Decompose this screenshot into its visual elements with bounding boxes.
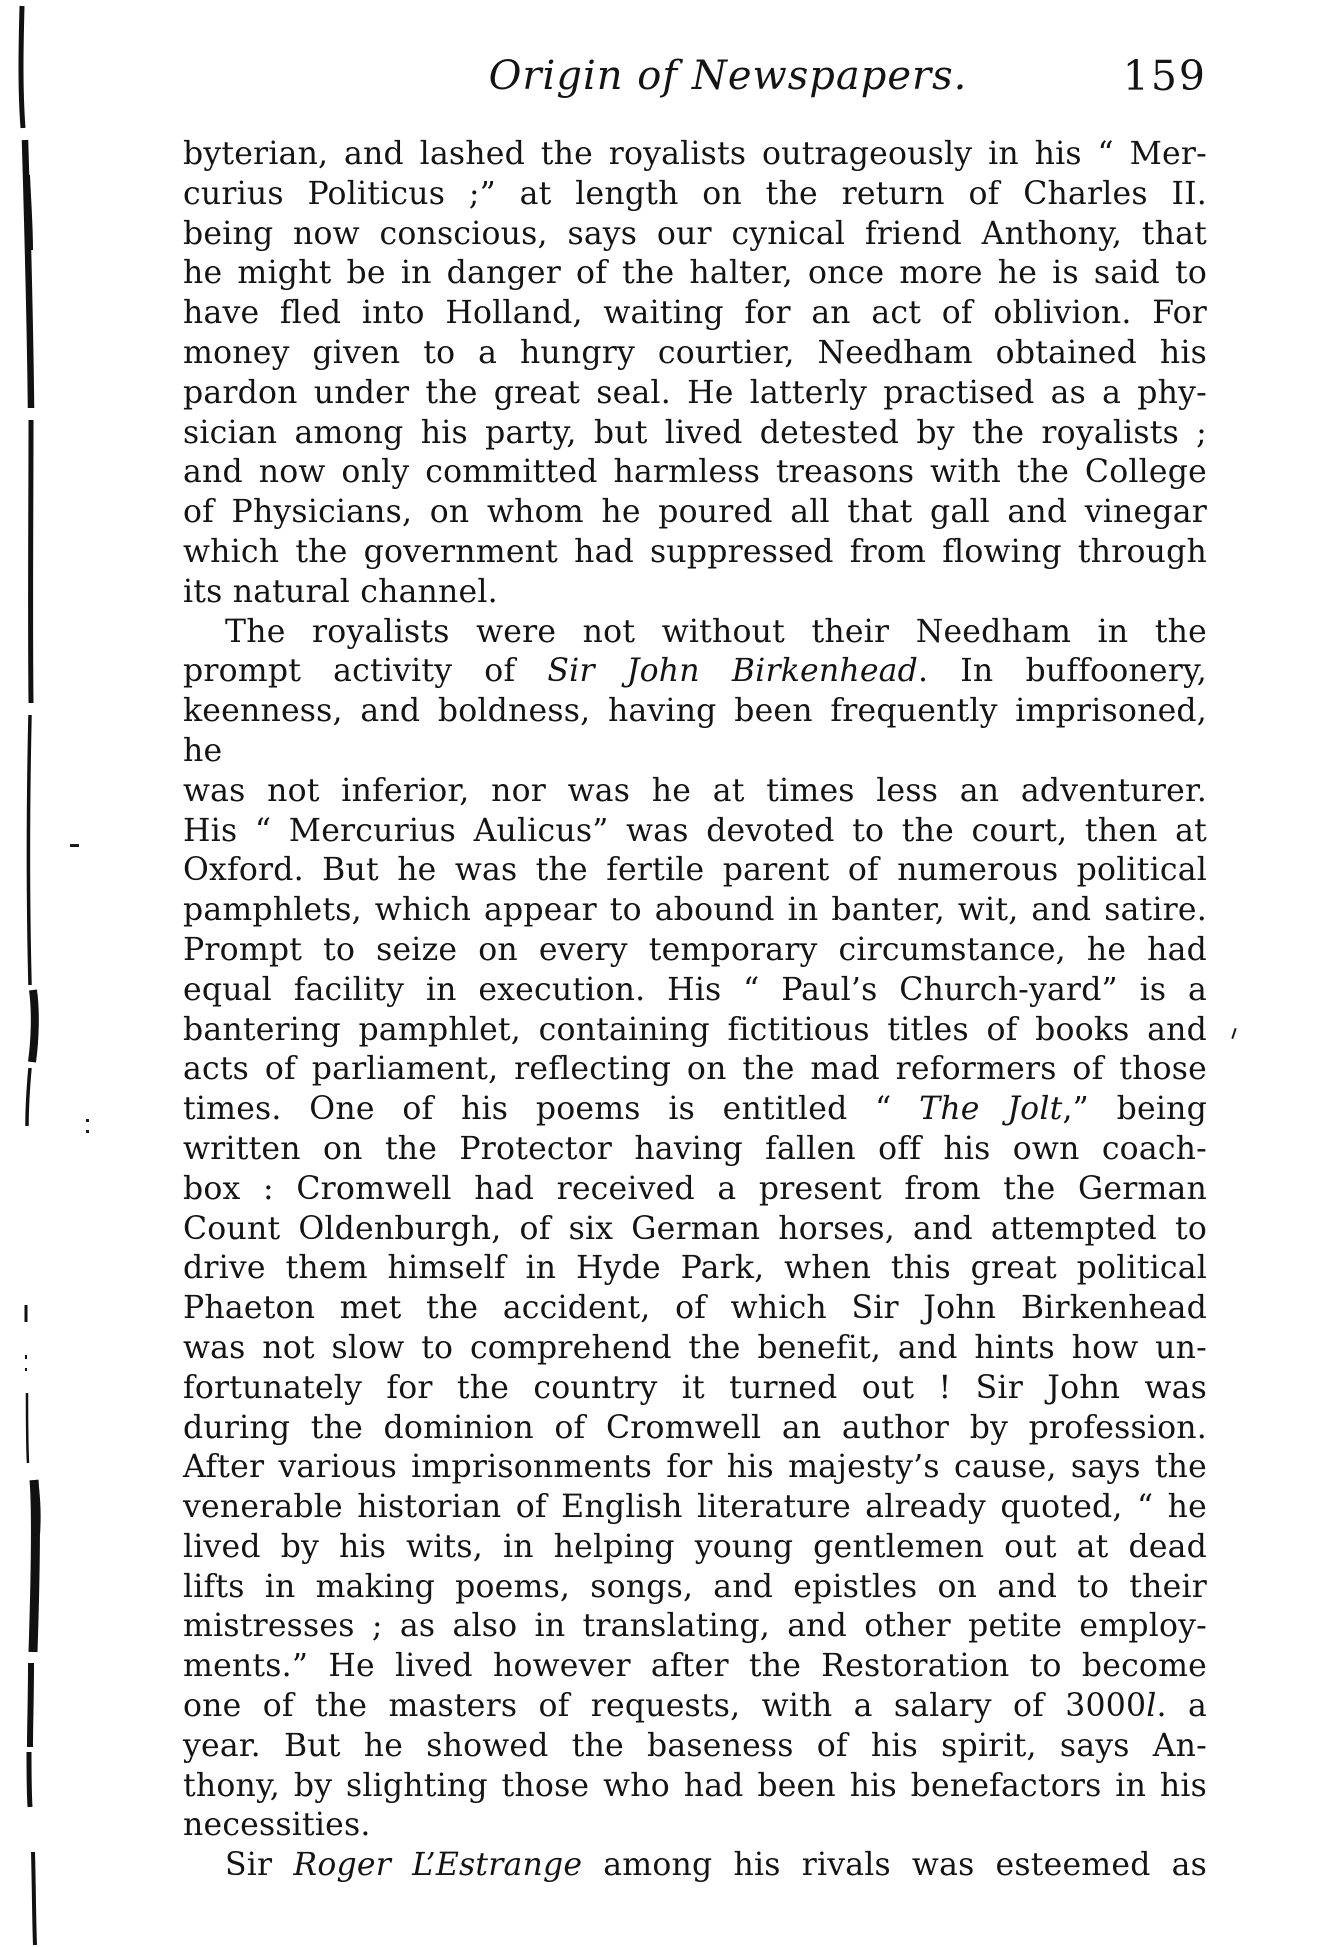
- text-segment: of Physicians, on whom he poured all tha…: [183, 494, 1207, 530]
- text-segment: have fled into Holland, waiting for an a…: [183, 295, 1207, 331]
- text-segment: times. One of his poems is entitled “: [183, 1091, 919, 1127]
- text-line: he might be in danger of the halter, onc…: [183, 254, 1207, 294]
- text-segment: ,” being: [1062, 1091, 1207, 1127]
- text-line: lifts in making poems, songs, and epistl…: [183, 1568, 1207, 1608]
- text-segment: lived by his wits, in helping young gent…: [183, 1529, 1207, 1565]
- text-line: during the dominion of Cromwell an autho…: [183, 1409, 1207, 1449]
- text-segment: His “ Mercurius Aulicus” was devoted to …: [183, 813, 1207, 849]
- text-segment: prompt activity of: [183, 653, 547, 689]
- text-line: times. One of his poems is entitled “ Th…: [183, 1090, 1207, 1130]
- text-line: of Physicians, on whom he poured all tha…: [183, 493, 1207, 533]
- text-line: and now only committed harmless treasons…: [183, 453, 1207, 493]
- text-line: have fled into Holland, waiting for an a…: [183, 294, 1207, 334]
- text-segment: he might be in danger of the halter, onc…: [183, 255, 1207, 291]
- ink-speck: [1231, 1028, 1236, 1039]
- text-segment: . In buffoonery,: [918, 653, 1207, 689]
- text-segment: curius Politicus ;” at length on the ret…: [183, 176, 1207, 212]
- text-segment: was not inferior, nor was he at times le…: [183, 773, 1207, 809]
- text-line: pardon under the great seal. He latterly…: [183, 374, 1207, 414]
- text-segment: The royalists were not without their Nee…: [225, 614, 1207, 650]
- text-line: After various imprisonments for his maje…: [183, 1448, 1207, 1488]
- text-line: acts of parliament, reflecting on the ma…: [183, 1050, 1207, 1090]
- text-segment: Phaeton met the accident, of which Sir J…: [183, 1290, 1207, 1326]
- text-segment: bantering pamphlet, containing fictitiou…: [183, 1012, 1207, 1048]
- text-line: lived by his wits, in helping young gent…: [183, 1528, 1207, 1568]
- text-segment: its natural channel.: [183, 574, 498, 610]
- text-segment: ments.” He lived however after the Resto…: [183, 1648, 1207, 1684]
- text-line: mistresses ; as also in translating, and…: [183, 1607, 1207, 1647]
- text-segment: . a: [1157, 1688, 1207, 1724]
- ink-speck: [86, 1130, 89, 1133]
- text-segment: being now conscious, says our cynical fr…: [183, 216, 1207, 252]
- text-line: drive them himself in Hyde Park, when th…: [183, 1249, 1207, 1289]
- text-line: fortunately for the country it turned ou…: [183, 1369, 1207, 1409]
- text-line: written on the Protector having fallen o…: [183, 1130, 1207, 1170]
- text-line: Oxford. But he was the fertile parent of…: [183, 851, 1207, 891]
- text-line: Count Oldenburgh, of six German horses, …: [183, 1210, 1207, 1250]
- text-segment: acts of parliament, reflecting on the ma…: [183, 1051, 1207, 1087]
- ink-speck: [70, 844, 79, 847]
- text-segment: written on the Protector having fallen o…: [183, 1131, 1207, 1167]
- italic-text-segment: Sir John Birkenhead: [547, 653, 918, 689]
- italic-text-segment: Roger L’Estrange: [293, 1847, 582, 1883]
- text-line: Prompt to seize on every temporary circu…: [183, 931, 1207, 971]
- text-line: one of the masters of requests, with a s…: [183, 1687, 1207, 1727]
- text-line: which the government had suppressed from…: [183, 533, 1207, 573]
- text-line: was not inferior, nor was he at times le…: [183, 772, 1207, 812]
- text-line: curius Politicus ;” at length on the ret…: [183, 175, 1207, 215]
- text-segment: money given to a hungry courtier, Needha…: [183, 335, 1207, 371]
- text-segment: which the government had suppressed from…: [183, 534, 1207, 570]
- text-line: money given to a hungry courtier, Needha…: [183, 334, 1207, 374]
- text-segment: drive them himself in Hyde Park, when th…: [183, 1250, 1207, 1286]
- text-segment: After various imprisonments for his maje…: [183, 1449, 1207, 1485]
- text-segment: box : Cromwell had received a present fr…: [183, 1171, 1207, 1207]
- italic-text-segment: The Jolt: [919, 1091, 1062, 1127]
- text-segment: and now only committed harmless treasons…: [183, 454, 1207, 490]
- text-line: keenness, and boldness, having been freq…: [183, 692, 1207, 772]
- text-line: was not slow to comprehend the benefit, …: [183, 1329, 1207, 1369]
- italic-text-segment: l: [1146, 1688, 1156, 1724]
- text-segment: Count Oldenburgh, of six German horses, …: [183, 1211, 1207, 1247]
- text-segment: equal facility in execution. His “ Paul’…: [183, 972, 1207, 1008]
- text-segment: Prompt to seize on every temporary circu…: [183, 932, 1207, 968]
- text-segment: mistresses ; as also in translating, and…: [183, 1608, 1207, 1644]
- text-line: its natural channel.: [183, 573, 1207, 613]
- text-segment: necessities.: [183, 1807, 371, 1843]
- text-line: His “ Mercurius Aulicus” was devoted to …: [183, 812, 1207, 852]
- text-segment: thony, by slighting those who had been h…: [183, 1768, 1207, 1804]
- text-line: thony, by slighting those who had been h…: [183, 1767, 1207, 1807]
- text-segment: year. But he showed the baseness of his …: [183, 1728, 1207, 1764]
- text-line: being now conscious, says our cynical fr…: [183, 215, 1207, 255]
- text-line: bantering pamphlet, containing fictitiou…: [183, 1011, 1207, 1051]
- text-segment: Oxford. But he was the fertile parent of…: [183, 852, 1207, 888]
- page-number: 159: [1123, 46, 1207, 106]
- text-segment: among his rivals was esteemed as: [582, 1847, 1207, 1883]
- text-segment: during the dominion of Cromwell an autho…: [183, 1410, 1207, 1446]
- page-title: Origin of Newspapers.: [216, 46, 1240, 106]
- text-segment: pardon under the great seal. He latterly…: [183, 375, 1207, 411]
- text-line: The royalists were not without their Nee…: [183, 613, 1207, 653]
- text-segment: fortunately for the country it turned ou…: [183, 1370, 1207, 1406]
- text-line: box : Cromwell had received a present fr…: [183, 1170, 1207, 1210]
- text-segment: Sir: [225, 1847, 293, 1883]
- page-body: byterian, and lashed the royalists outra…: [183, 135, 1207, 1886]
- book-page: Origin of Newspapers. 159 byterian, and …: [0, 0, 1317, 1947]
- text-line: equal facility in execution. His “ Paul’…: [183, 971, 1207, 1011]
- text-line: necessities.: [183, 1806, 1207, 1846]
- text-line: pamphlets, which appear to abound in ban…: [183, 891, 1207, 931]
- text-line: prompt activity of Sir John Birkenhead. …: [183, 652, 1207, 692]
- text-segment: lifts in making poems, songs, and epistl…: [183, 1569, 1207, 1605]
- running-head: Origin of Newspapers. 159: [183, 46, 1207, 108]
- text-line: year. But he showed the baseness of his …: [183, 1727, 1207, 1767]
- text-line: venerable historian of English literatur…: [183, 1488, 1207, 1528]
- ink-speck: [86, 1119, 89, 1122]
- text-line: byterian, and lashed the royalists outra…: [183, 135, 1207, 175]
- text-line: sician among his party, but lived detest…: [183, 414, 1207, 454]
- text-segment: one of the masters of requests, with a s…: [183, 1688, 1146, 1724]
- text-segment: sician among his party, but lived detest…: [183, 415, 1207, 451]
- text-line: Phaeton met the accident, of which Sir J…: [183, 1289, 1207, 1329]
- text-line: ments.” He lived however after the Resto…: [183, 1647, 1207, 1687]
- text-segment: pamphlets, which appear to abound in ban…: [183, 892, 1207, 928]
- text-segment: venerable historian of English literatur…: [183, 1489, 1207, 1525]
- text-line: Sir Roger L’Estrange among his rivals wa…: [183, 1846, 1207, 1886]
- scan-binding-artifact: [0, 0, 130, 1947]
- text-segment: keenness, and boldness, having been freq…: [183, 693, 1207, 769]
- text-segment: was not slow to comprehend the benefit, …: [183, 1330, 1207, 1366]
- text-segment: byterian, and lashed the royalists outra…: [183, 136, 1207, 172]
